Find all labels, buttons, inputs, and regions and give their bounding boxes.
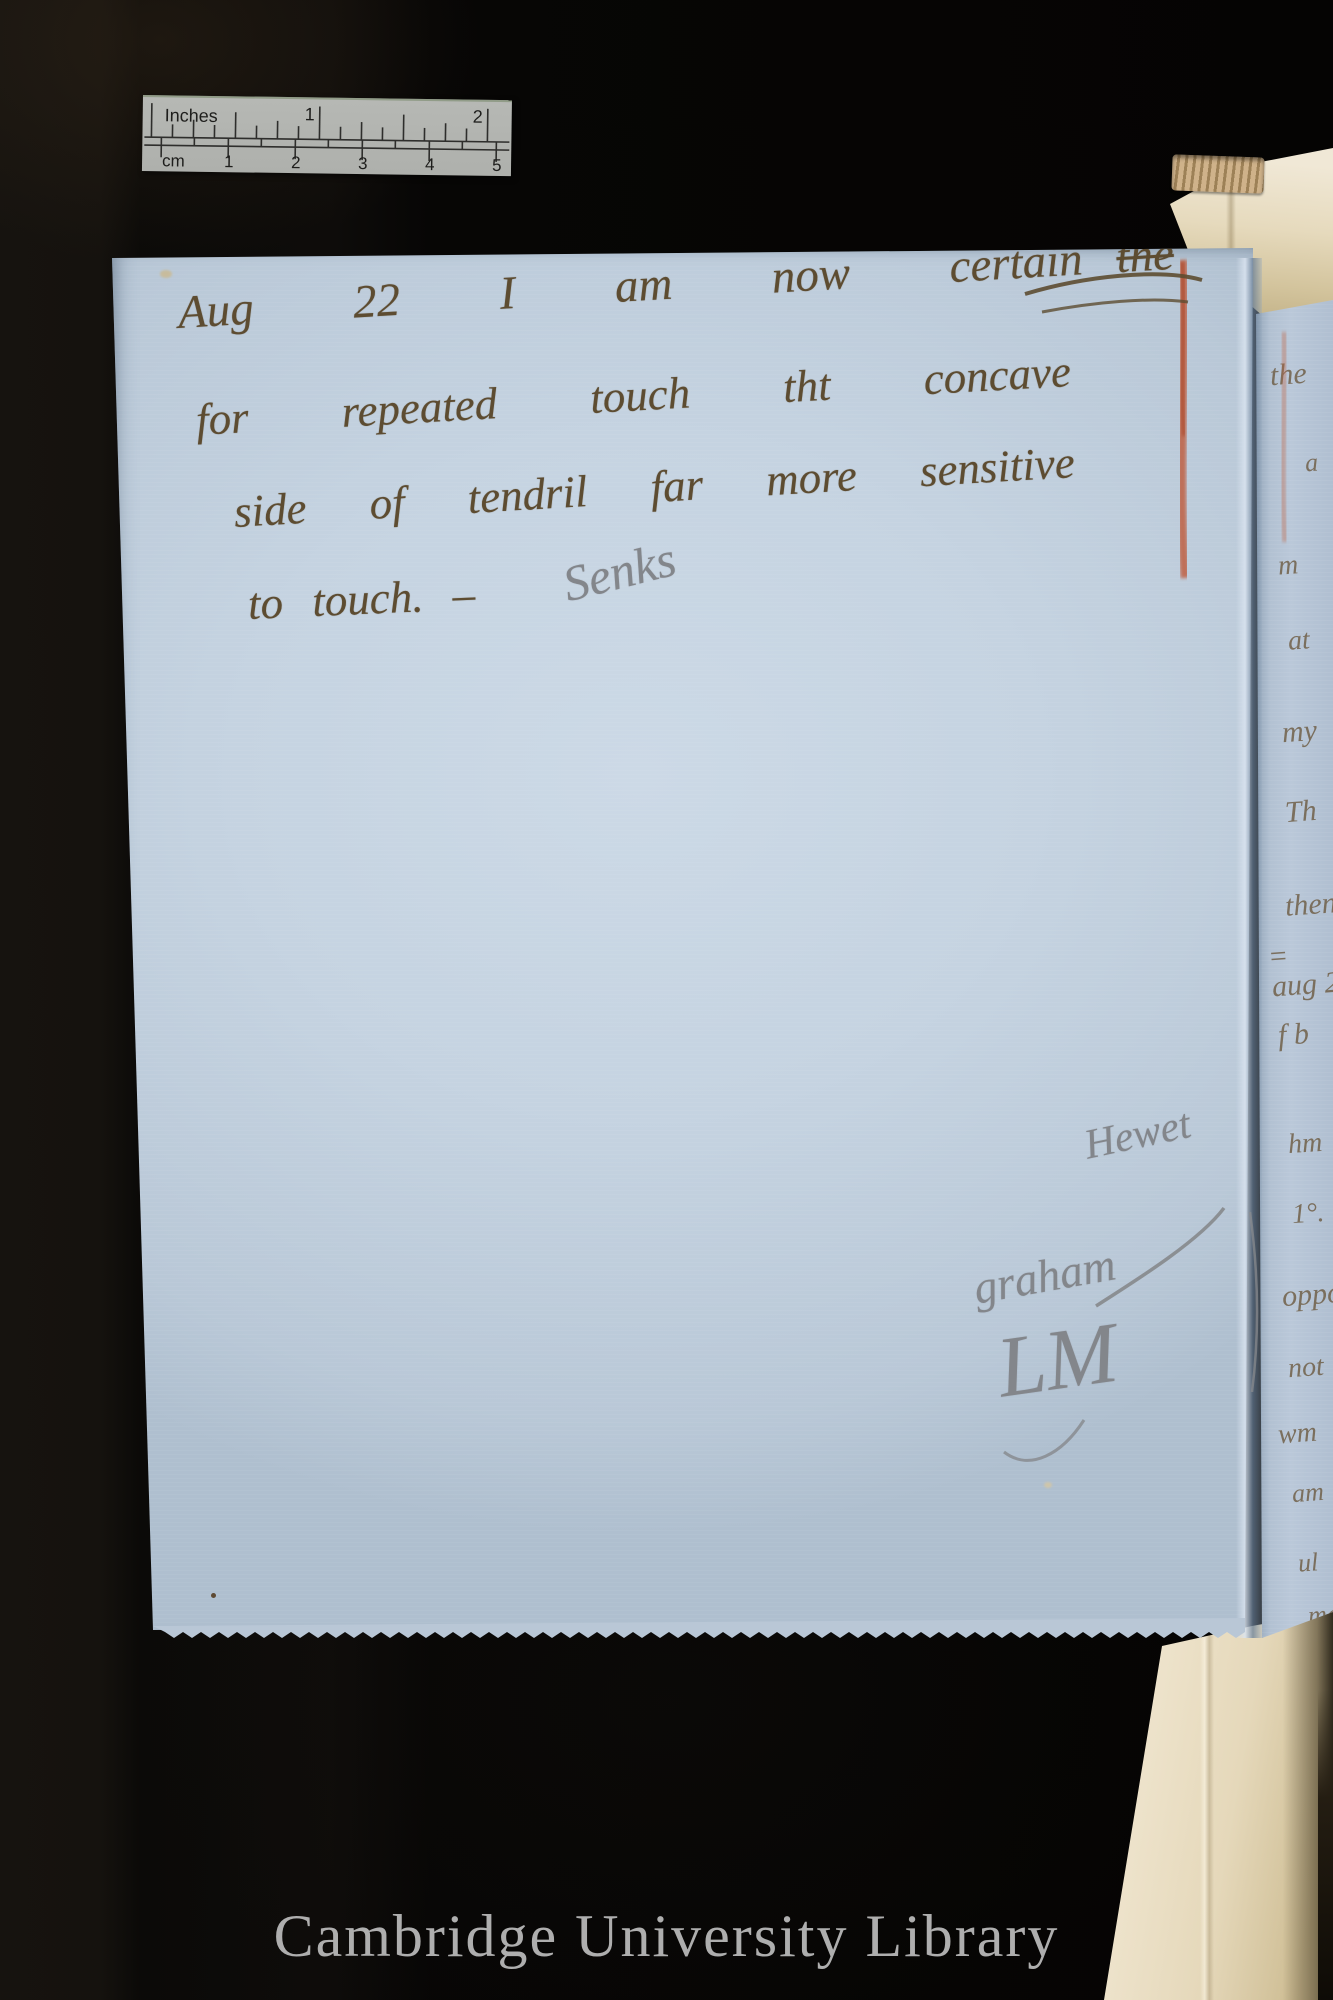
- ghost-word: aug 2: [1271, 966, 1333, 1005]
- ruler-inch-1: 1: [305, 104, 315, 124]
- ruler-cm-2: 2: [291, 153, 301, 172]
- photo-frame: Inches 1 2 cm 1 2 3 4 5 the a m at my Th…: [0, 0, 1333, 2000]
- pencil-annotation-1: Hewet: [1080, 1100, 1195, 1169]
- book-headband: [1171, 154, 1264, 193]
- paper-speck: [211, 1593, 216, 1598]
- ghost-word: the: [1269, 357, 1308, 393]
- ghost-word: am: [1291, 1477, 1325, 1509]
- library-watermark: Cambridge University Library: [0, 1902, 1333, 1971]
- ghost-word: my: [1281, 714, 1318, 750]
- ghost-word: at: [1287, 624, 1311, 657]
- ruler-cm-4: 4: [425, 155, 435, 174]
- ghost-word: wm: [1277, 1417, 1318, 1452]
- manuscript-page: Aug 22 I am now certainthe for repeated …: [112, 246, 1253, 1636]
- ghost-word: then: [1284, 886, 1333, 924]
- paper-stain: [1044, 1482, 1052, 1488]
- ink-line-2: for repeated touch tht concave: [195, 345, 1073, 446]
- ruler-cm-label: cm: [162, 151, 185, 170]
- ghost-word: hm: [1287, 1127, 1323, 1161]
- ghost-word: oppo: [1281, 1276, 1333, 1314]
- ruler-inch-2: 2: [473, 107, 483, 127]
- ghost-word: m: [1277, 549, 1299, 582]
- ruler-cm-1: 1: [224, 152, 234, 171]
- ruler-scale: Inches 1 2 cm 1 2 3 4 5: [142, 97, 512, 176]
- ruler-cm-3: 3: [358, 154, 368, 173]
- ghost-word: not: [1287, 1351, 1325, 1385]
- pencil-annotation-3: LM: [991, 1302, 1123, 1418]
- ghost-word: ul: [1297, 1547, 1319, 1578]
- paper-stain: [160, 270, 172, 278]
- ghost-word: Th: [1284, 794, 1318, 830]
- ghost-word: a: [1304, 448, 1319, 479]
- ghost-word: f b: [1277, 1017, 1310, 1053]
- ink-line-3: side of tendril far more sensitive: [232, 436, 1076, 538]
- adjacent-page-strip: the a m at my Th then = aug 2 f b hm 1°.…: [1256, 300, 1333, 1638]
- ghost-word: 1°.: [1291, 1197, 1325, 1231]
- ruler-inches-label: Inches: [165, 105, 218, 126]
- ruler-cm-5: 5: [492, 156, 502, 175]
- page-fold-highlight: [1236, 258, 1262, 1638]
- pencil-word: Senks: [557, 529, 681, 613]
- ink-line-4: to touch. –: [247, 568, 476, 630]
- measurement-ruler: Inches 1 2 cm 1 2 3 4 5: [142, 95, 512, 176]
